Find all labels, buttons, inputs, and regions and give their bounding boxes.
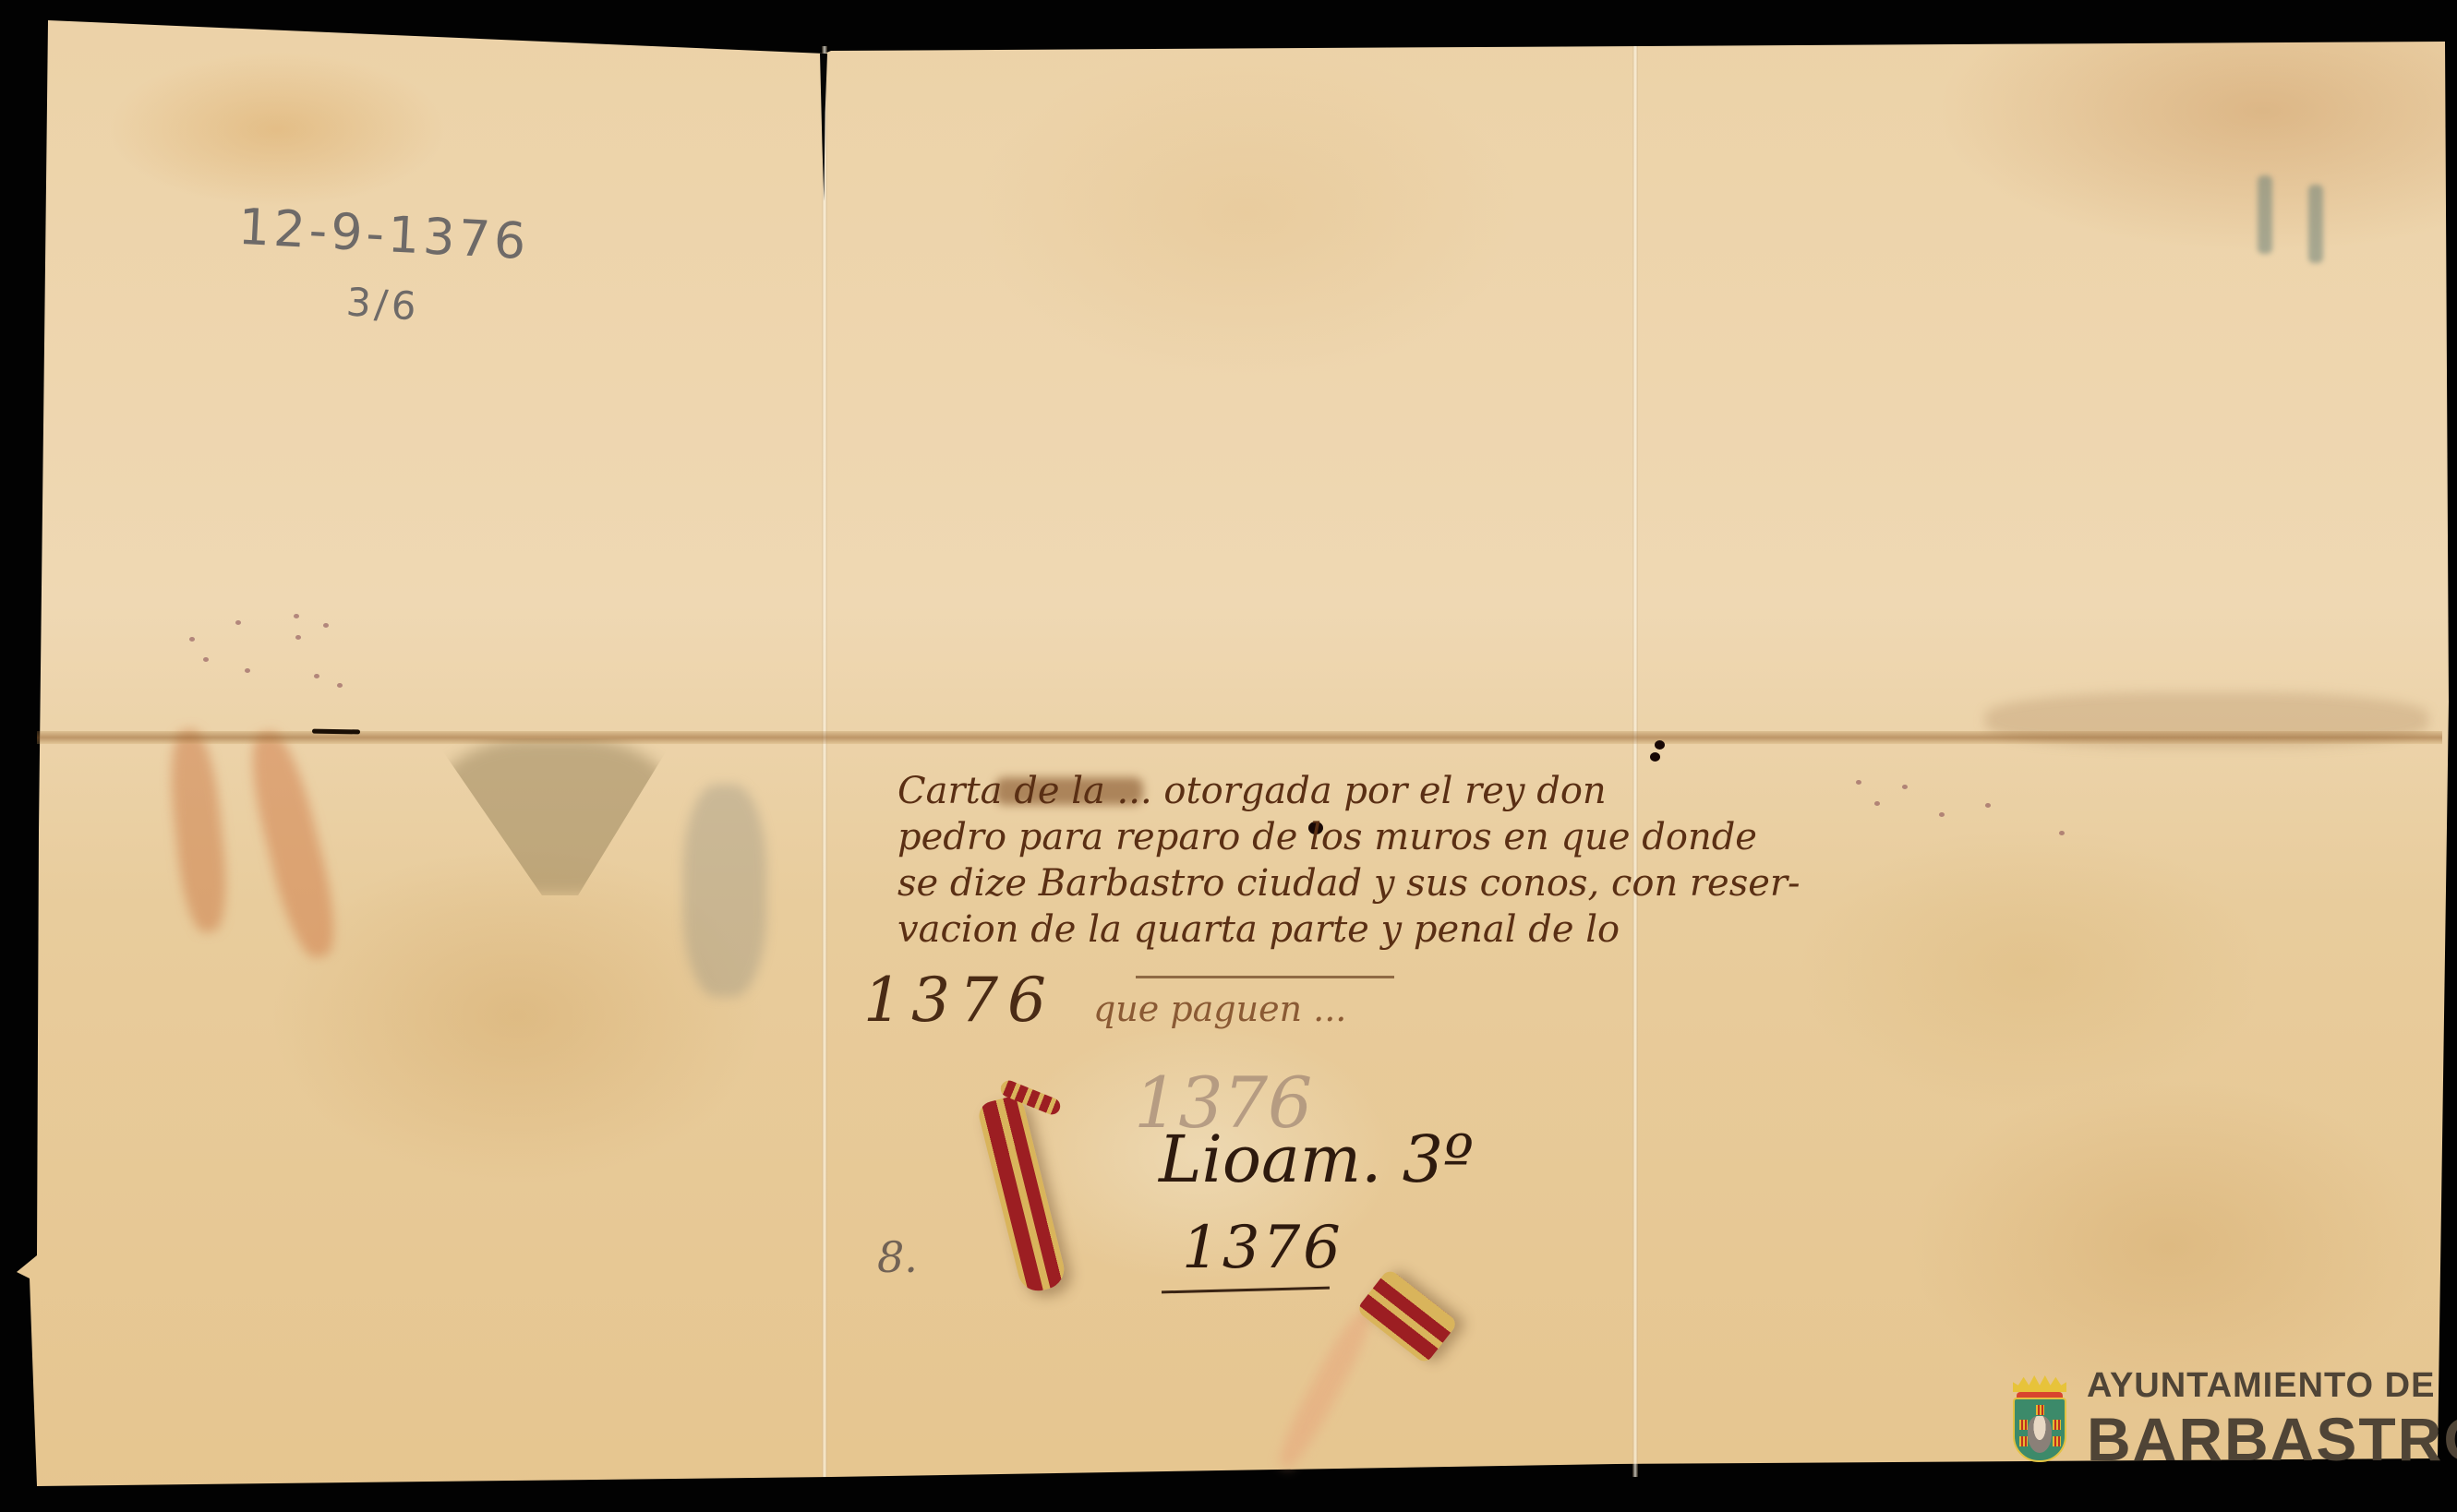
endorsement-summary: Carta de la ... otorgada por el rey don … xyxy=(897,768,1655,953)
small-pencil-mark: 8. xyxy=(877,1232,918,1282)
script-underline xyxy=(1136,976,1394,978)
logo-line-2: BARBASTRO xyxy=(2087,1409,2457,1470)
speck xyxy=(1939,812,1945,817)
speck xyxy=(189,637,195,642)
script-line: Carta de la ... otorgada por el rey don xyxy=(897,768,1655,814)
speck xyxy=(1856,780,1861,785)
speck xyxy=(295,635,301,640)
speck xyxy=(337,683,343,688)
endorsement-label: Lioam. 3º xyxy=(1159,1122,1474,1197)
pales-icon xyxy=(2019,1420,2028,1430)
pales-icon xyxy=(2019,1436,2028,1446)
bearded-head-icon xyxy=(2028,1416,2052,1453)
image-canvas: 12-9-1376 3/6 Carta de la ... otorgada p… xyxy=(0,0,2457,1512)
speck xyxy=(203,657,209,662)
pales-icon xyxy=(2036,1405,2044,1415)
horizontal-fold xyxy=(37,731,2442,744)
hole xyxy=(1655,740,1665,750)
script-line: pedro para reparo de los muros en que do… xyxy=(897,814,1655,860)
stain xyxy=(683,785,766,997)
speck xyxy=(1985,803,1991,808)
speck xyxy=(245,668,250,673)
crown-icon xyxy=(2013,1375,2066,1392)
speck xyxy=(314,674,319,678)
logo-line-1: AYUNTAMIENTO DE xyxy=(2087,1368,2457,1403)
speck xyxy=(323,623,329,628)
speck xyxy=(1874,801,1880,806)
corner-mark xyxy=(2308,185,2323,263)
script-line: que paguen ... xyxy=(1093,989,1346,1029)
speck xyxy=(235,620,241,625)
vertical-fold xyxy=(1632,46,1638,1477)
pales-icon xyxy=(2053,1420,2061,1430)
script-year-value: 1376 xyxy=(863,965,1055,1036)
speck xyxy=(1902,785,1908,789)
fold-tear xyxy=(312,729,360,735)
corner-mark xyxy=(2258,175,2272,254)
pales-icon xyxy=(2053,1436,2061,1446)
speck xyxy=(2059,831,2065,835)
script-line: se dize Barbastro ciudad y sus conos, co… xyxy=(897,860,1655,906)
endorsement-year: 1376 xyxy=(1182,1214,1343,1282)
hole xyxy=(1650,752,1660,762)
logo-text: AYUNTAMIENTO DE BARBASTRO xyxy=(2087,1368,2457,1470)
archive-reference-annotation: 3/6 xyxy=(344,279,421,329)
barbastro-logo: AYUNTAMIENTO DE BARBASTRO xyxy=(2011,1368,2457,1470)
coat-of-arms-icon xyxy=(2011,1375,2068,1462)
speck xyxy=(294,614,299,618)
vertical-fold xyxy=(822,46,827,1477)
script-line: vacion de la quarta parte y penal de lo xyxy=(897,906,1655,953)
